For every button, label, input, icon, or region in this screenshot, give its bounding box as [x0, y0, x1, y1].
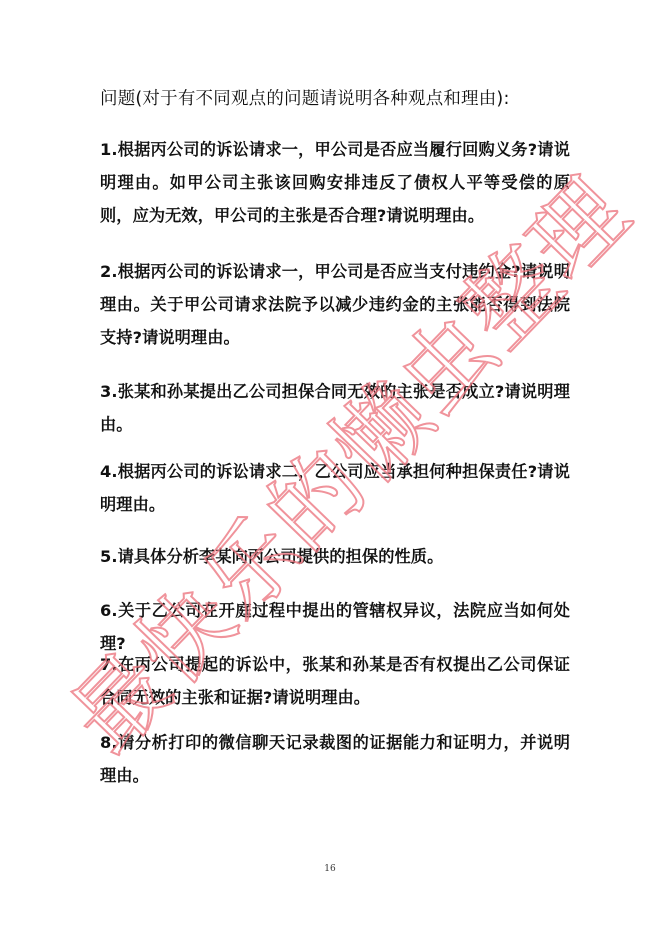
document-page: 问题(对于有不同观点的问题请说明各种观点和理由): 1.根据丙公司的诉讼请求一，… [0, 0, 660, 933]
question-4: 4.根据丙公司的诉讼请求二，乙公司应当承担何种担保责任?请说明理由。 [100, 455, 570, 521]
question-7: 7.在丙公司提起的诉讼中，张某和孙某是否有权提出乙公司保证合同无效的主张和证据?… [100, 648, 570, 714]
question-5: 5.请具体分析李某向丙公司提供的担保的性质。 [100, 540, 570, 573]
question-2: 2.根据丙公司的诉讼请求一，甲公司是否应当支付违约金?请说明理由。关于甲公司请求… [100, 255, 570, 354]
page-number: 16 [0, 864, 660, 874]
question-3: 3.张某和孙某提出乙公司担保合同无效的主张是否成立?请说明理由。 [100, 375, 570, 441]
question-8: 8.请分析打印的微信聊天记录裁图的证据能力和证明力，并说明理由。 [100, 726, 570, 792]
questions-heading: 问题(对于有不同观点的问题请说明各种观点和理由): [100, 85, 510, 110]
question-1: 1.根据丙公司的诉讼请求一，甲公司是否应当履行回购义务?请说明理由。如甲公司主张… [100, 133, 570, 232]
